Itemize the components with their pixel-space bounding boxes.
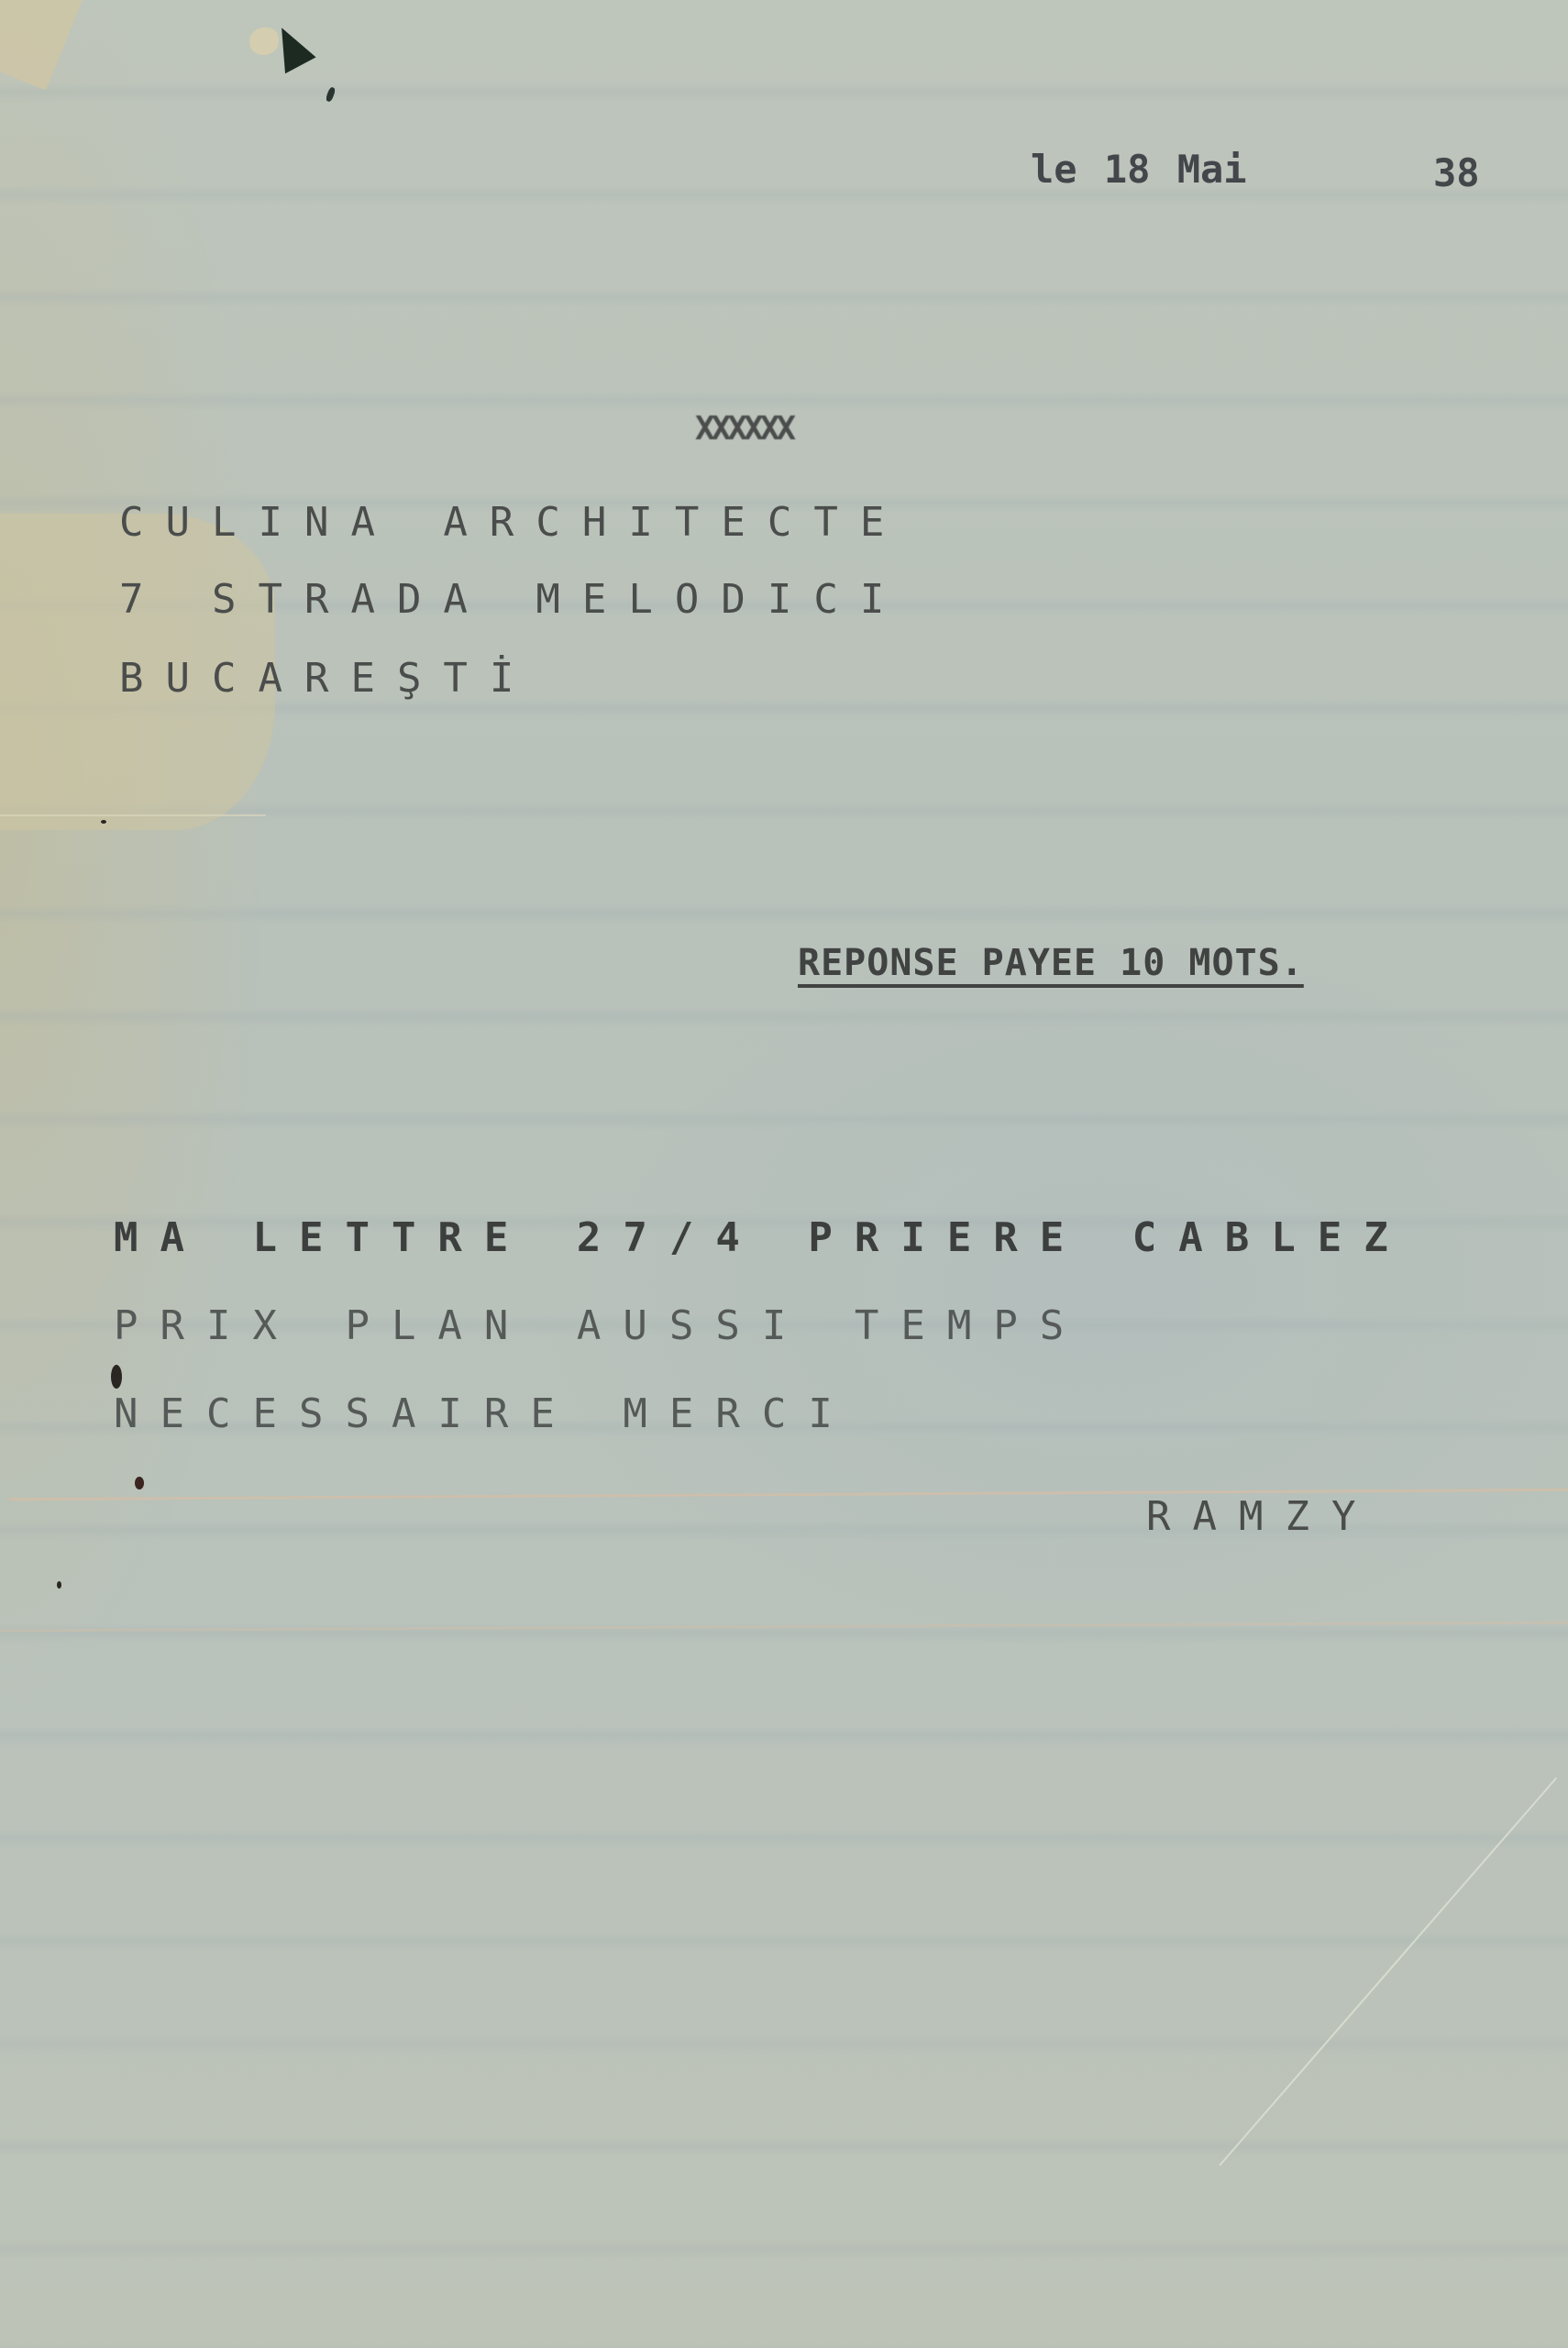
stain-edge [0, 814, 266, 816]
message-line: PRIX PLAN AUSSI TEMPS [114, 1306, 1086, 1346]
paper-tear-fragment [325, 86, 336, 102]
ink-blot [111, 1365, 122, 1389]
ink-speck [101, 820, 106, 824]
ink-blot [135, 1477, 144, 1490]
reference-number: 38 [1433, 154, 1480, 193]
paper-tear-hole [265, 20, 315, 73]
document-page: le 18 Mai 38 XXXXXX CULINA ARCHITECTE 7 … [0, 0, 1568, 2348]
signature: RAMZY [1146, 1497, 1377, 1537]
message-line: NECESSAIRE MERCI [114, 1394, 855, 1434]
recipient-city: BUCAREŞTİ [119, 659, 536, 699]
recipient-name: CULINA ARCHITECTE [119, 503, 906, 543]
struck-out-text: XXXXXX [695, 413, 792, 446]
paper-texture [0, 0, 1568, 2348]
tape-remnant [0, 0, 85, 91]
ruled-line [0, 1622, 1568, 1633]
message-line: MA LETTRE 27/4 PRIERE CABLEZ [114, 1218, 1410, 1258]
date: le 18 Mai [1031, 150, 1247, 189]
ink-speck [57, 1581, 61, 1589]
recipient-street: 7 STRADA MELODICI [119, 580, 906, 620]
paper-crease [1219, 1778, 1557, 2166]
reply-paid-note: REPONSE PAYEE 10 MOTS. [798, 945, 1304, 981]
